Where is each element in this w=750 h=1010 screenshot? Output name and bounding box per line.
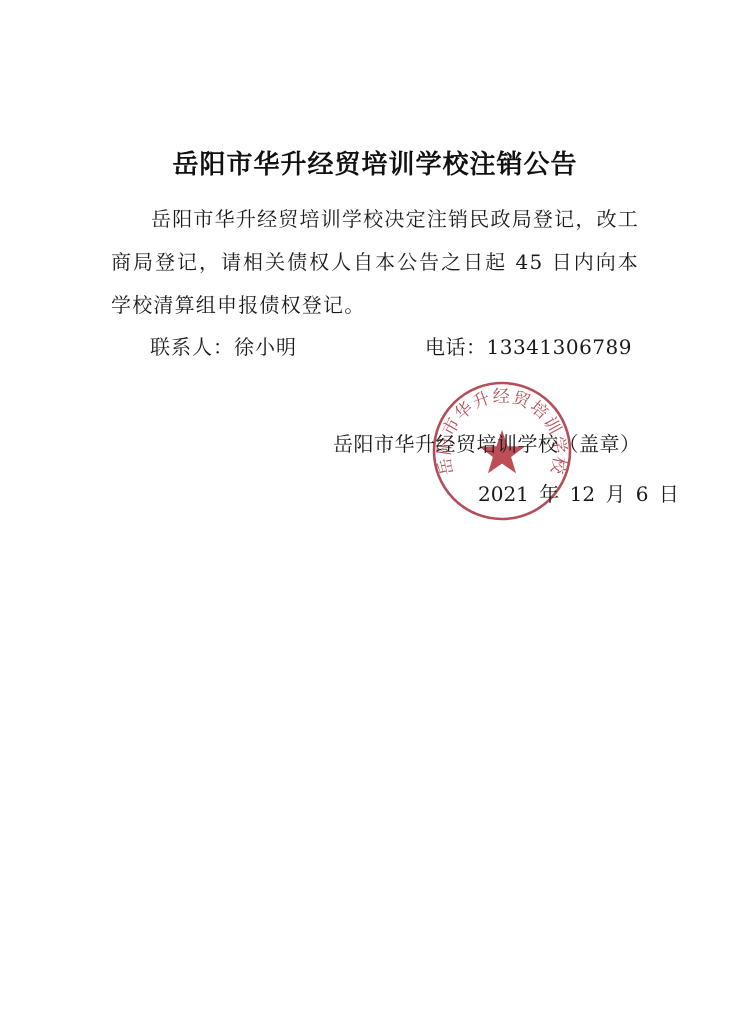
document-page: 岳阳市华升经贸培训学校注销公告 岳阳市华升经贸培训学校决定注销民政局登记，改工商… xyxy=(0,0,750,1010)
announcement-body: 岳阳市华升经贸培训学校决定注销民政局登记，改工商局登记，请相关债权人自本公告之日… xyxy=(111,198,639,327)
issuer-signature: 岳阳市华升经贸培训学校（盖章） xyxy=(333,426,641,462)
contact-row: 联系人：徐小明 电话：13341306789 xyxy=(0,329,750,365)
document-title: 岳阳市华升经贸培训学校注销公告 xyxy=(0,145,750,185)
issue-date: 2021 年 12 月 6 日 xyxy=(478,476,679,512)
contact-person: 联系人：徐小明 xyxy=(150,329,297,365)
contact-phone: 电话：13341306789 xyxy=(425,329,632,365)
